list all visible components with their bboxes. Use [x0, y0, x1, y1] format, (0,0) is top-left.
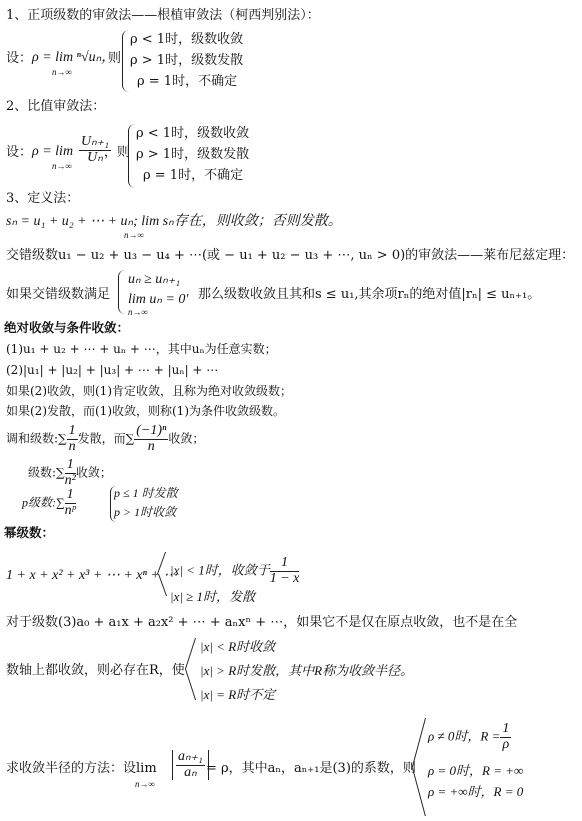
leibniz-conclusion: 那么级数收敛且其和s ≤ u₁,其余项rₙ的绝对值|rₙ| ≤ uₙ₊₁。 [198, 288, 540, 302]
harmonic-lead: 调和级数:∑ [6, 432, 67, 446]
fraction-denominator: n [134, 440, 168, 455]
geometric-case-1-text: |x| < 1时，收敛于 [170, 563, 270, 578]
method-abs-fraction: aₙ₊₁aₙ [172, 750, 209, 780]
section-1-case-1: ρ < 1时，级数收敛 [130, 33, 243, 47]
section-3-definition: sₙ = u₁ + u₂ + ⋯ + uₙ; lim sₙ存在，则收敛；否则发散… [6, 214, 342, 229]
section-2-case-1: ρ < 1时，级数收敛 [136, 127, 249, 141]
left-brace [118, 270, 125, 314]
angle-bracket-bottom [185, 669, 196, 700]
leibniz-condition-1: uₙ ≥ uₙ₊₁ [128, 272, 180, 287]
abs-cond-line-1: (1)u₁ + u₂ + ⋯ + uₙ + ⋯，其中uₙ为任意实数； [6, 343, 277, 356]
abs-cond-line-4: 如果(2)发散，而(1)收敛，则称(1)为条件收敛级数。 [6, 405, 285, 418]
method-case-2: ρ = 0时，R = +∞ [428, 764, 523, 778]
left-brace [122, 30, 129, 92]
radius-case-1: |x| < R时收敛 [200, 640, 275, 654]
method-tail: = ρ，其中aₙ，aₙ₊₁是(3)的系数，则 [206, 762, 416, 776]
radius-lead: 数轴上都收敛，则必存在R，使 [6, 664, 185, 678]
p-case-2: p > 1时收敛 [114, 506, 176, 519]
section-2-title: 2、比值审敛法： [6, 100, 105, 114]
section-1-formula: ρ = lim ⁿ√uₙ， [32, 50, 115, 65]
leibniz-lim-sub: n→∞ [128, 308, 148, 318]
section-1-case-3: ρ = 1时，不确定 [137, 75, 237, 89]
section-1-then: 则 [108, 52, 121, 66]
section-2-case-2: ρ > 1时，级数发散 [136, 148, 249, 162]
fraction-numerator: aₙ₊₁ [176, 750, 205, 766]
fraction-numerator: 1 [65, 458, 76, 474]
section-1-lead: 设： [6, 52, 32, 66]
harmonic-series: 调和级数:∑1n发散，而∑(−1)ⁿn收敛； [6, 424, 204, 454]
fraction-numerator: (−1)ⁿ [134, 424, 168, 440]
method-case-1-text: ρ ≠ 0时，R = [428, 729, 500, 744]
leibniz-condition-2: lim uₙ = 0' [128, 292, 188, 307]
method-case-1: ρ ≠ 0时，R =1ρ [428, 722, 511, 752]
fraction-numerator: 1 [270, 556, 300, 572]
abs-cond-heading: 绝对收敛与条件收敛： [4, 321, 129, 335]
section-1-title: 1、正项级数的审敛法——根植审敛法（柯西判别法）： [6, 9, 320, 23]
fraction-denominator: 1 − x [270, 572, 300, 587]
square-lead: 级数:∑ [28, 466, 65, 480]
angle-bracket-top [185, 638, 196, 669]
fraction-denominator: ρ [500, 738, 511, 753]
section-1-case-2: ρ > 1时，级数发散 [130, 54, 243, 68]
abs-cond-line-2: (2)|u₁| + |u₂| + |u₃| + ⋯ + |uₙ| + ⋯ [6, 364, 218, 377]
fraction-numerator: 1 [65, 488, 76, 504]
radius-case-2: |x| > R时发散，其中R称为收敛半径。 [200, 664, 413, 678]
section-2-lim-sub: n→∞ [52, 162, 72, 172]
method-lead: 求收敛半径的方法：设lim [6, 762, 157, 776]
leibniz-line: 交错级数u₁ − u₂ + u₃ − u₄ + ⋯(或 − u₁ + u₂ − … [6, 249, 574, 263]
angle-bracket-top [412, 718, 427, 768]
section-2-then: ，则 [104, 146, 130, 160]
p-series: p级数:∑1nᵖ [22, 488, 76, 518]
fraction-denominator: aₙ [176, 766, 205, 781]
section-2-lead: 设： [6, 146, 32, 160]
fraction-denominator: n [67, 440, 78, 455]
fraction-numerator: 1 [500, 722, 511, 738]
section-3-title: 3、定义法： [6, 192, 79, 206]
geometric-case-2: |x| ≥ 1时，发散 [170, 590, 255, 604]
square-tail: 收敛； [76, 466, 112, 480]
radius-case-3: |x| = R时不定 [200, 688, 275, 702]
method-lim-sub: n→∞ [135, 780, 155, 790]
leibniz-lead: 如果交错级数满足 [6, 288, 110, 302]
abs-cond-line-3: 如果(2)收敛，则(1)肯定收敛，且称为绝对收敛级数； [6, 385, 292, 398]
harmonic-mid: 发散，而∑ [78, 432, 135, 446]
p-lead: p级数:∑ [22, 496, 65, 510]
angle-bracket-bottom [412, 768, 426, 816]
left-brace [128, 124, 135, 188]
method-case-3: ρ = +∞时，R = 0 [428, 785, 523, 799]
fraction-numerator: 1 [67, 424, 78, 440]
fraction-denominator: nᵖ [65, 504, 76, 519]
power-series-heading: 幂级数： [4, 526, 54, 540]
section-2-rho: ρ = lim [32, 144, 73, 159]
radius-intro: 对于级数(3)a₀ + a₁x + a₂x² + ⋯ + aₙxⁿ + ⋯，如果… [6, 616, 517, 630]
section-3-lim-sub: n→∞ [124, 231, 144, 241]
alt-tail: 收敛； [168, 432, 204, 446]
section-2-case-3: ρ = 1时，不确定 [143, 169, 243, 183]
geometric-case-1: |x| < 1时，收敛于11 − x [170, 556, 299, 586]
section-1-lim-sub: n→∞ [52, 68, 72, 78]
geometric-series: 1 + x + x² + x³ + ⋯ + xⁿ + ⋯ [6, 568, 177, 583]
square-series: 级数:∑1n²收敛； [28, 458, 112, 488]
p-case-1: p ≤ 1 时发散 [114, 487, 178, 500]
